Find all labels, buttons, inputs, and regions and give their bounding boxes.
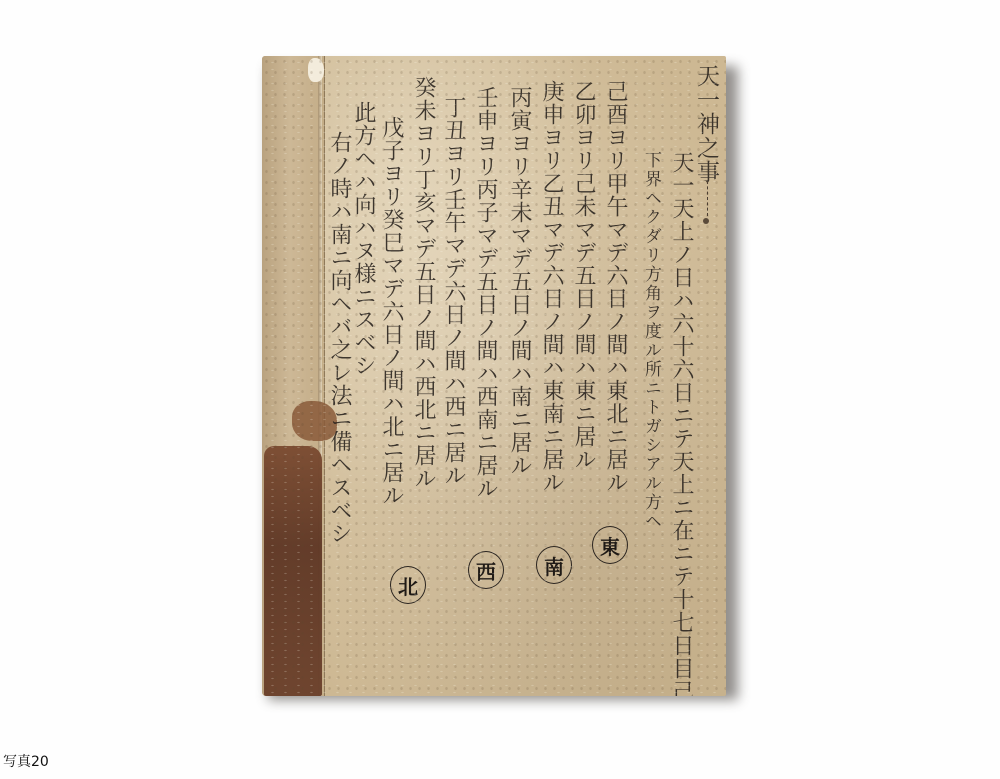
text-column: 右ノ時ハ南ニ向ヘバ之レ法ニ備ヘスベシ <box>328 131 350 545</box>
text-column: 丙寅ヨリ辛未マデ五日ノ間ハ南ニ居ル <box>508 86 530 477</box>
text-column: 天一天上ノ日ハ六十六日ニテ天上ニ在ニテ十七日目己酉ノ日 <box>670 151 692 696</box>
text-column: 癸未ヨリ丁亥マデ五日ノ間ハ西北ニ居ル <box>412 76 434 490</box>
paper-tear <box>308 58 324 82</box>
text-column: 庚申ヨリ乙丑マデ六日ノ間ハ東南ニ居ル <box>540 80 562 494</box>
title-rule <box>707 181 708 216</box>
manuscript-title: 天一神之事 <box>694 64 717 184</box>
text-column: 戊子ヨリ癸巳マデ六日ノ間ハ北ニ居ル <box>380 116 402 507</box>
photo-stage: 天一神之事 天一天上ノ日ハ六十六日ニテ天上ニ在ニテ十七日目己酉ノ日 下界ヘクダリ… <box>0 0 1000 779</box>
manuscript-book: 天一神之事 天一天上ノ日ハ六十六日ニテ天上ニ在ニテ十七日目己酉ノ日 下界ヘクダリ… <box>262 56 726 696</box>
text-column: 壬申ヨリ丙子マデ五日ノ間ハ西南ニ居ル <box>474 86 496 500</box>
circled-mark: 南 <box>536 546 572 584</box>
photo-caption: 写真20 <box>3 751 49 771</box>
circled-mark: 北 <box>390 566 426 604</box>
text-column: 此方ヘハ向ハヌ様ニスベシ <box>352 101 374 377</box>
text-column: 己酉ヨリ甲午マデ六日ノ間ハ東北ニ居ル <box>604 80 626 494</box>
text-column: 丁丑ヨリ壬午マデ六日ノ間ハ西ニ居ル <box>442 96 464 487</box>
circled-mark: 西 <box>468 551 504 589</box>
water-stain <box>264 446 322 696</box>
text-column: 下界ヘクダリ方角ヲ度ル所ニトガシアル方ヘ <box>642 151 659 531</box>
text-column: 乙卯ヨリ己未マデ五日ノ間ハ東ニ居ル <box>572 80 594 471</box>
ink-dot <box>703 218 709 224</box>
circled-mark: 東 <box>592 526 628 564</box>
